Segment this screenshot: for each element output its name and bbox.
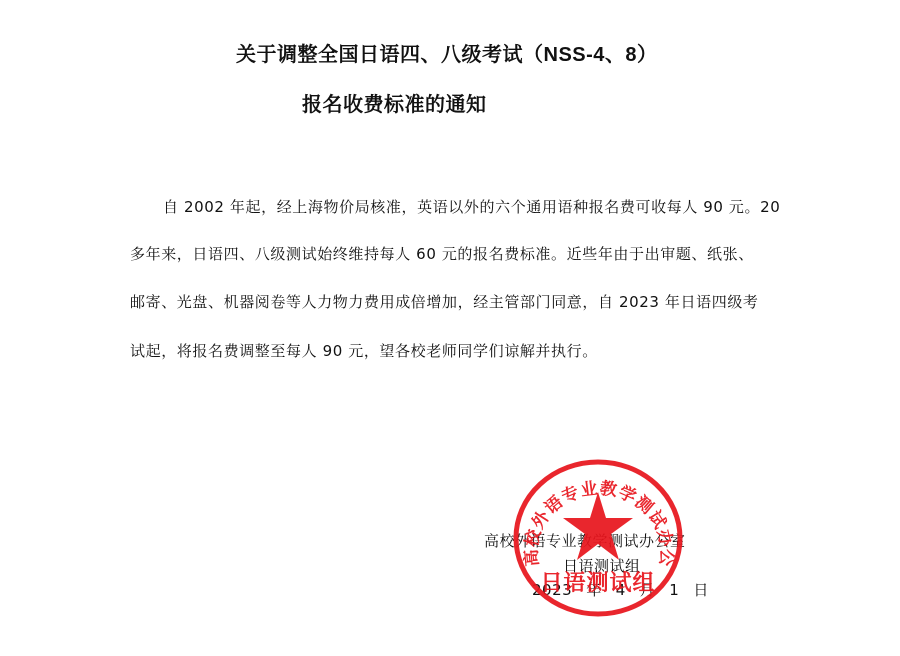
- date-year-unit: 年: [586, 581, 602, 599]
- title-line-2: 报名收费标准的通知: [302, 88, 487, 117]
- document-page: 关于调整全国日语四、八级考试（NSS-4、8） 报名收费标准的通知 自 2002…: [0, 0, 900, 656]
- date-month: 4: [616, 581, 626, 599]
- title-exam-code: NSS-4、8: [544, 44, 638, 66]
- signature-date: 2023年4月1日: [532, 579, 723, 600]
- date-day-unit: 日: [693, 581, 709, 599]
- body-paragraph-line: 自 2002 年起，经上海物价局核准，英语以外的六个通用语种报名费可收每人 90…: [163, 196, 780, 217]
- date-day: 1: [669, 581, 679, 599]
- signature-organization: 高校外语专业教学测试办公室: [484, 530, 686, 551]
- date-year: 2023: [532, 581, 572, 599]
- body-paragraph-line: 多年来，日语四、八级测试始终维持每人 60 元的报名费标准。近些年由于出审题、纸…: [130, 243, 754, 264]
- date-month-unit: 月: [640, 581, 656, 599]
- body-paragraph-line: 试起，将报名费调整至每人 90 元，望各校老师同学们谅解并执行。: [130, 340, 598, 361]
- title-suffix: ）: [637, 42, 658, 66]
- title-prefix: 关于调整全国日语四、八级考试（: [236, 42, 544, 66]
- signature-group: 日语测试组: [563, 555, 641, 576]
- seal-arc-text: 高校外语专业教学测试办公室: [512, 458, 677, 568]
- body-paragraph-line: 邮寄、光盘、机器阅卷等人力物力费用成倍增加，经主管部门同意，自 2023 年日语…: [130, 291, 759, 312]
- title-line-1: 关于调整全国日语四、八级考试（NSS-4、8）: [236, 38, 658, 67]
